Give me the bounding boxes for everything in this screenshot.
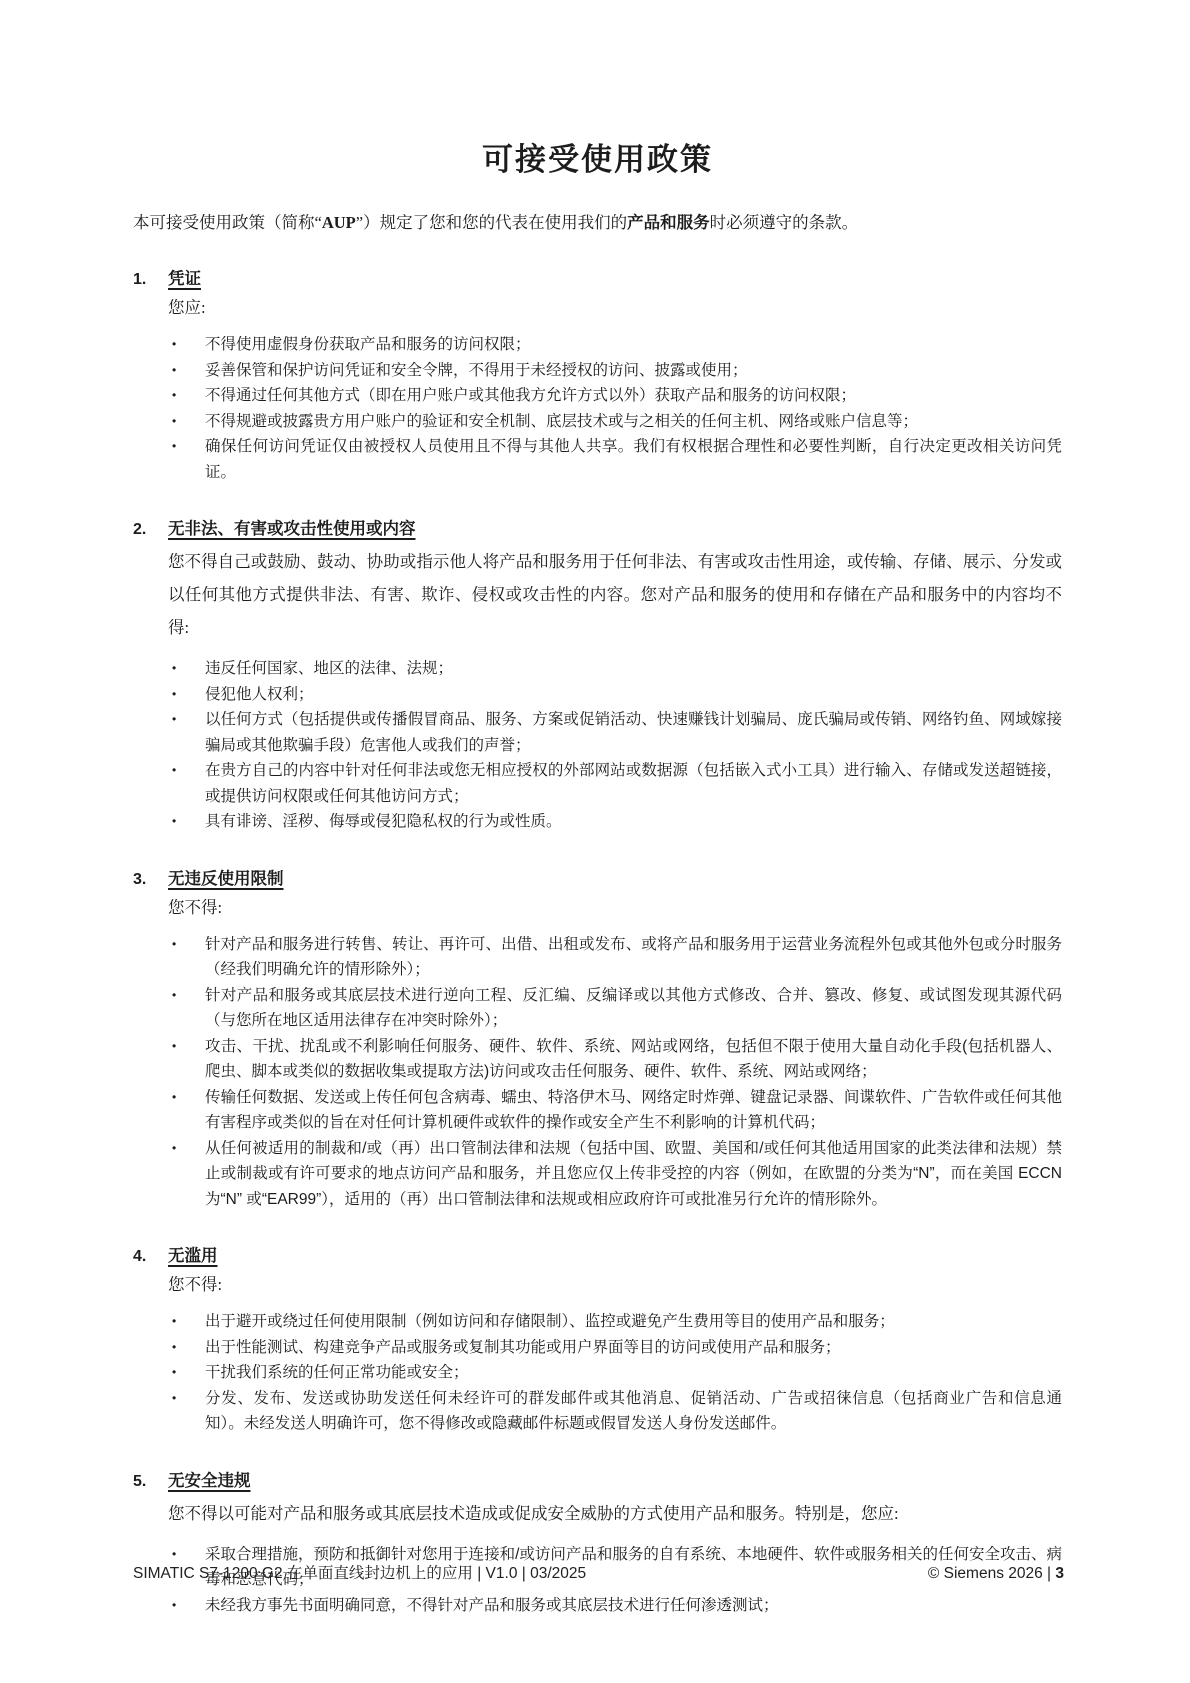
bullet-item: •不得规避或披露贵方用户账户的验证和安全机制、底层技术或与之相关的任何主机、网络…: [168, 409, 1062, 435]
section-lead: 您不得:: [168, 895, 1062, 920]
section-number: 4.: [133, 1244, 146, 1269]
intro-text-1: 本可接受使用政策（简称“: [133, 213, 322, 232]
bullet-item: •以任何方式（包括提供或传播假冒商品、服务、方案或促销活动、快速赚钱计划骗局、庞…: [168, 707, 1062, 758]
intro-bold-products-services: 产品和服务: [627, 213, 710, 232]
section-heading: 无违反使用限制: [168, 867, 284, 892]
bullet-dot: •: [168, 1335, 205, 1361]
bullet-dot: •: [168, 1309, 205, 1335]
bullet-dot: •: [168, 682, 205, 708]
bullet-text: 妥善保管和保护访问凭证和安全令牌，不得用于未经授权的访问、披露或使用；: [205, 358, 1062, 384]
section: 2.无非法、有害或攻击性使用或内容您不得自己或鼓励、鼓动、协助或指示他人将产品和…: [133, 517, 1062, 835]
bullet-text: 未经我方事先书面明确同意，不得针对产品和服务或其底层技术进行任何渗透测试；: [205, 1593, 1062, 1619]
section: 4.无滥用您不得:•出于避开或绕过任何使用限制（例如访问和存储限制）、监控或避免…: [133, 1244, 1062, 1437]
bullet-text: 从任何被适用的制裁和/或（再）出口管制法律和法规（包括中国、欧盟、美国和/或任何…: [205, 1136, 1062, 1213]
intro-paragraph: 本可接受使用政策（简称“AUP”）规定了您和您的代表在使用我们的产品和服务时必须…: [133, 210, 1062, 235]
footer-page-number: 3: [1055, 1565, 1064, 1582]
section-header: 3.无违反使用限制: [133, 867, 1062, 892]
section-heading: 无非法、有害或攻击性使用或内容: [168, 517, 416, 542]
bullet-item: •具有诽谤、淫秽、侮辱或侵犯隐私权的行为或性质。: [168, 809, 1062, 835]
bullet-text: 侵犯他人权利；: [205, 682, 1062, 708]
section-header: 4.无滥用: [133, 1244, 1062, 1269]
bullet-dot: •: [168, 383, 205, 409]
bullet-text: 出于避开或绕过任何使用限制（例如访问和存储限制）、监控或避免产生费用等目的使用产…: [205, 1309, 1062, 1335]
bullet-text: 不得通过任何其他方式（即在用户账户或其他我方允许方式以外）获取产品和服务的访问权…: [205, 383, 1062, 409]
section-body: 您不得自己或鼓励、鼓动、协助或指示他人将产品和服务用于任何非法、有害或攻击性用途…: [168, 545, 1062, 835]
section-lead: 您不得自己或鼓励、鼓动、协助或指示他人将产品和服务用于任何非法、有害或攻击性用途…: [168, 545, 1062, 644]
bullet-item: •确保任何访问凭证仅由被授权人员使用且不得与其他人共享。我们有权根据合理性和必要…: [168, 434, 1062, 485]
bullet-item: •出于性能测试、构建竞争产品或服务或复制其功能或用户界面等目的访问或使用产品和服…: [168, 1335, 1062, 1361]
intro-text-3: 时必须遵守的条款。: [710, 213, 859, 232]
section-heading: 凭证: [168, 267, 201, 292]
bullet-dot: •: [168, 409, 205, 435]
bullet-dot: •: [168, 1034, 205, 1085]
section-number: 5.: [133, 1469, 146, 1494]
bullet-list: •不得使用虚假身份获取产品和服务的访问权限；•妥善保管和保护访问凭证和安全令牌，…: [168, 332, 1062, 485]
section-body: 您不得:•出于避开或绕过任何使用限制（例如访问和存储限制）、监控或避免产生费用等…: [168, 1272, 1062, 1437]
bullet-item: •违反任何国家、地区的法律、法规；: [168, 656, 1062, 682]
bullet-dot: •: [168, 1085, 205, 1136]
bullet-text: 针对产品和服务进行转售、转让、再许可、出借、出租或发布、或将产品和服务用于运营业…: [205, 932, 1062, 983]
bullet-dot: •: [168, 1593, 205, 1619]
bullet-item: •攻击、干扰、扰乱或不利影响任何服务、硬件、软件、系统、网站或网络，包括但不限于…: [168, 1034, 1062, 1085]
section: 5.无安全违规您不得以可能对产品和服务或其底层技术造成或促成安全威胁的方式使用产…: [133, 1469, 1062, 1619]
bullet-item: •从任何被适用的制裁和/或（再）出口管制法律和法规（包括中国、欧盟、美国和/或任…: [168, 1136, 1062, 1213]
section-number: 2.: [133, 517, 146, 542]
section-lead: 您应:: [168, 295, 1062, 320]
bullet-dot: •: [168, 707, 205, 758]
bullet-item: •针对产品和服务或其底层技术进行逆向工程、反汇编、反编译或以其他方式修改、合并、…: [168, 983, 1062, 1034]
bullet-dot: •: [168, 1386, 205, 1437]
bullet-item: •不得通过任何其他方式（即在用户账户或其他我方允许方式以外）获取产品和服务的访问…: [168, 383, 1062, 409]
bullet-dot: •: [168, 932, 205, 983]
bullet-list: •违反任何国家、地区的法律、法规；•侵犯他人权利；•以任何方式（包括提供或传播假…: [168, 656, 1062, 835]
section-header: 2.无非法、有害或攻击性使用或内容: [133, 517, 1062, 542]
section-lead: 您不得以可能对产品和服务或其底层技术造成或促成安全威胁的方式使用产品和服务。特别…: [168, 1497, 1062, 1530]
bullet-item: •在贵方自己的内容中针对任何非法或您无相应授权的外部网站或数据源（包括嵌入式小工…: [168, 758, 1062, 809]
section-number: 3.: [133, 867, 146, 892]
bullet-dot: •: [168, 1360, 205, 1386]
bullet-dot: •: [168, 1136, 205, 1213]
section-number: 1.: [133, 267, 146, 292]
bullet-item: •未经我方事先书面明确同意，不得针对产品和服务或其底层技术进行任何渗透测试；: [168, 1593, 1062, 1619]
bullet-item: •传输任何数据、发送或上传任何包含病毒、蠕虫、特洛伊木马、网络定时炸弹、键盘记录…: [168, 1085, 1062, 1136]
bullet-item: •干扰我们系统的任何正常功能或安全；: [168, 1360, 1062, 1386]
bullet-item: •分发、发布、发送或协助发送任何未经许可的群发邮件或其他消息、促销活动、广告或招…: [168, 1386, 1062, 1437]
page-footer: SIMATIC S7-1200 G2 在单面直线封边机上的应用 | V1.0 |…: [133, 1563, 1064, 1585]
section-heading: 无滥用: [168, 1244, 218, 1269]
bullet-text: 不得规避或披露贵方用户账户的验证和安全机制、底层技术或与之相关的任何主机、网络或…: [205, 409, 1062, 435]
bullet-text: 以任何方式（包括提供或传播假冒商品、服务、方案或促销活动、快速赚钱计划骗局、庞氏…: [205, 707, 1062, 758]
intro-bold-aup: AUP: [322, 213, 356, 232]
section: 3.无违反使用限制您不得:•针对产品和服务进行转售、转让、再许可、出借、出租或发…: [133, 867, 1062, 1213]
bullet-text: 违反任何国家、地区的法律、法规；: [205, 656, 1062, 682]
bullet-item: •出于避开或绕过任何使用限制（例如访问和存储限制）、监控或避免产生费用等目的使用…: [168, 1309, 1062, 1335]
bullet-text: 出于性能测试、构建竞争产品或服务或复制其功能或用户界面等目的访问或使用产品和服务…: [205, 1335, 1062, 1361]
bullet-text: 干扰我们系统的任何正常功能或安全；: [205, 1360, 1062, 1386]
bullet-dot: •: [168, 656, 205, 682]
sections-container: 1.凭证您应:•不得使用虚假身份获取产品和服务的访问权限；•妥善保管和保护访问凭…: [133, 267, 1062, 1618]
section-body: 您不得:•针对产品和服务进行转售、转让、再许可、出借、出租或发布、或将产品和服务…: [168, 895, 1062, 1213]
bullet-dot: •: [168, 983, 205, 1034]
section-heading: 无安全违规: [168, 1469, 251, 1494]
bullet-text: 攻击、干扰、扰乱或不利影响任何服务、硬件、软件、系统、网站或网络，包括但不限于使…: [205, 1034, 1062, 1085]
bullet-text: 不得使用虚假身份获取产品和服务的访问权限；: [205, 332, 1062, 358]
bullet-item: •不得使用虚假身份获取产品和服务的访问权限；: [168, 332, 1062, 358]
section-body: 您不得以可能对产品和服务或其底层技术造成或促成安全威胁的方式使用产品和服务。特别…: [168, 1497, 1062, 1619]
footer-document-info: SIMATIC S7-1200 G2 在单面直线封边机上的应用 | V1.0 |…: [133, 1563, 586, 1585]
intro-text-2: ”）规定了您和您的代表在使用我们的: [356, 213, 627, 232]
bullet-text: 针对产品和服务或其底层技术进行逆向工程、反汇编、反编译或以其他方式修改、合并、篡…: [205, 983, 1062, 1034]
bullet-dot: •: [168, 358, 205, 384]
bullet-text: 具有诽谤、淫秽、侮辱或侵犯隐私权的行为或性质。: [205, 809, 1062, 835]
page-title: 可接受使用政策: [133, 0, 1062, 180]
bullet-dot: •: [168, 332, 205, 358]
bullet-item: •妥善保管和保护访问凭证和安全令牌，不得用于未经授权的访问、披露或使用；: [168, 358, 1062, 384]
footer-copyright: © Siemens 2026 | 3: [928, 1563, 1064, 1585]
bullet-text: 分发、发布、发送或协助发送任何未经许可的群发邮件或其他消息、促销活动、广告或招徕…: [205, 1386, 1062, 1437]
bullet-dot: •: [168, 434, 205, 485]
section-lead: 您不得:: [168, 1272, 1062, 1297]
bullet-text: 在贵方自己的内容中针对任何非法或您无相应授权的外部网站或数据源（包括嵌入式小工具…: [205, 758, 1062, 809]
document-page: 可接受使用政策 本可接受使用政策（简称“AUP”）规定了您和您的代表在使用我们的…: [0, 0, 1190, 1683]
section-header: 1.凭证: [133, 267, 1062, 292]
bullet-item: •针对产品和服务进行转售、转让、再许可、出借、出租或发布、或将产品和服务用于运营…: [168, 932, 1062, 983]
section: 1.凭证您应:•不得使用虚假身份获取产品和服务的访问权限；•妥善保管和保护访问凭…: [133, 267, 1062, 485]
bullet-list: •针对产品和服务进行转售、转让、再许可、出借、出租或发布、或将产品和服务用于运营…: [168, 932, 1062, 1213]
bullet-list: •出于避开或绕过任何使用限制（例如访问和存储限制）、监控或避免产生费用等目的使用…: [168, 1309, 1062, 1437]
section-header: 5.无安全违规: [133, 1469, 1062, 1494]
footer-copyright-text: © Siemens 2026 |: [928, 1565, 1055, 1582]
bullet-dot: •: [168, 809, 205, 835]
bullet-item: •侵犯他人权利；: [168, 682, 1062, 708]
bullet-dot: •: [168, 758, 205, 809]
section-body: 您应:•不得使用虚假身份获取产品和服务的访问权限；•妥善保管和保护访问凭证和安全…: [168, 295, 1062, 485]
bullet-text: 传输任何数据、发送或上传任何包含病毒、蠕虫、特洛伊木马、网络定时炸弹、键盘记录器…: [205, 1085, 1062, 1136]
bullet-text: 确保任何访问凭证仅由被授权人员使用且不得与其他人共享。我们有权根据合理性和必要性…: [205, 434, 1062, 485]
